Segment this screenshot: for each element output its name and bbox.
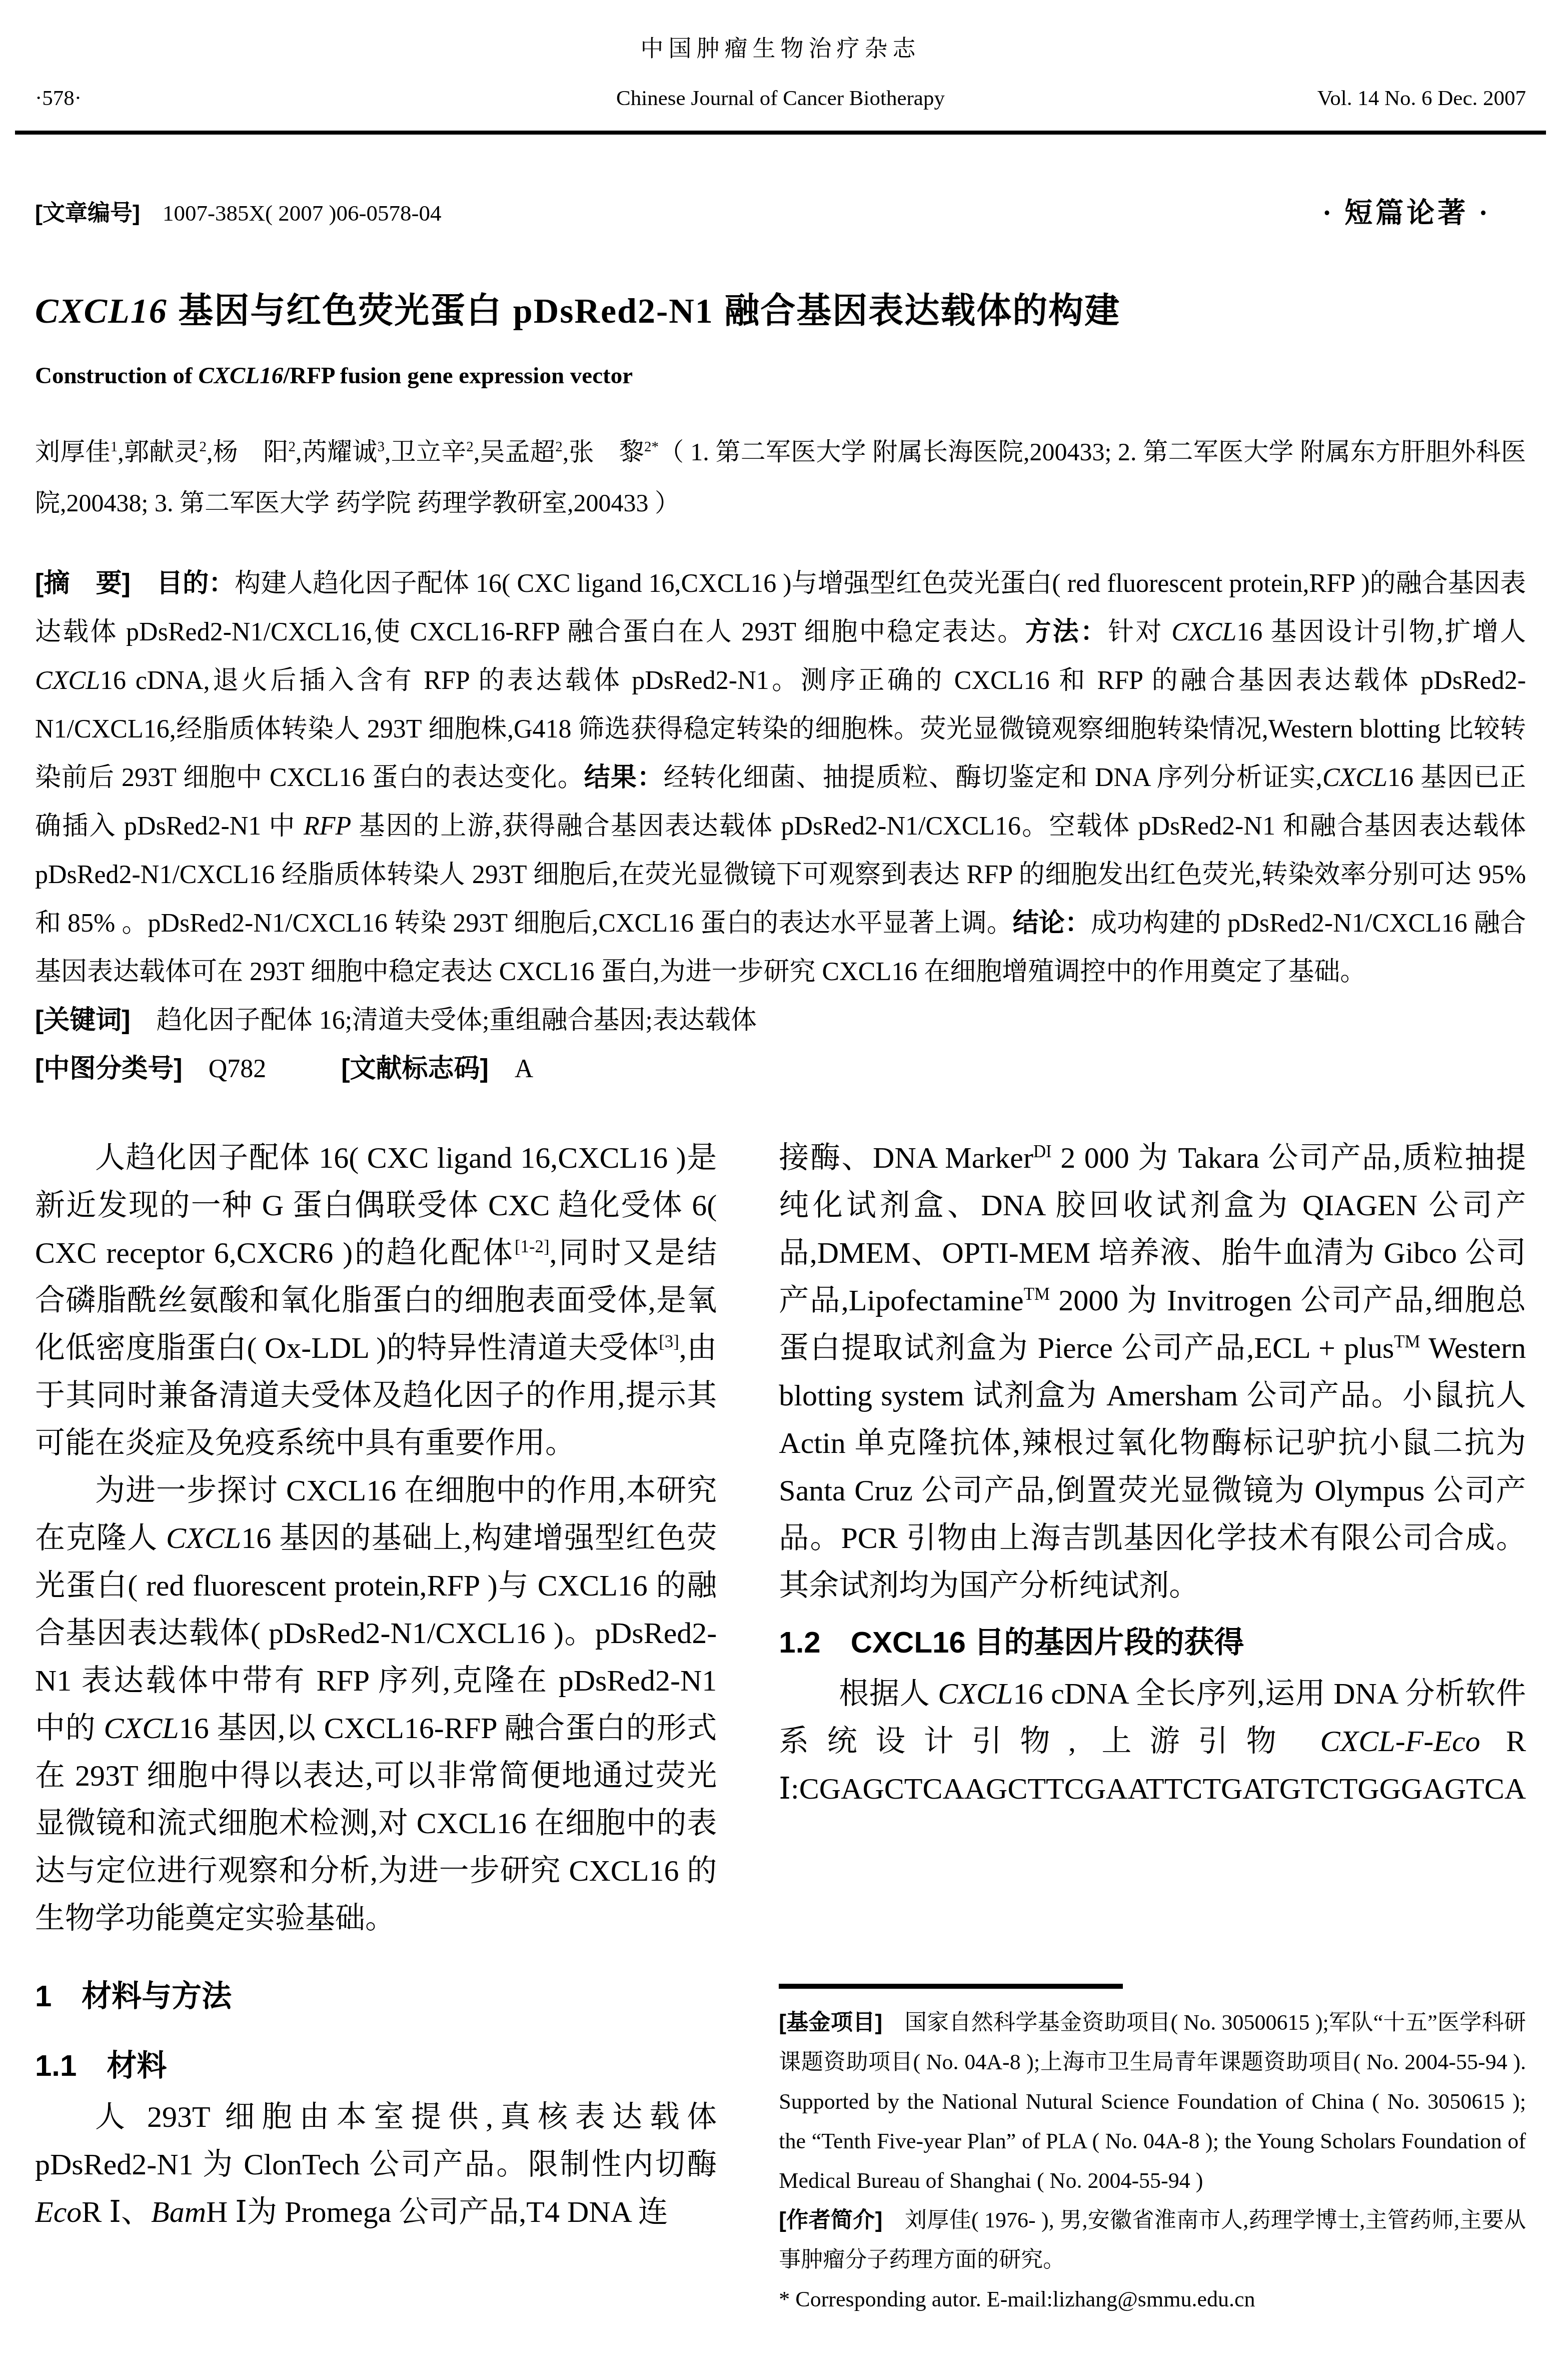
author-bio-note: [作者简介] 刘厚佳( 1976- ), 男,安徽省淮南市人,药理学博士,主管药… [779,2200,1526,2279]
clc-line: [中图分类号] Q782[文献标志码] A [35,1045,1526,1093]
page-header: 中国肿瘤生物治疗杂志 ·578· Chinese Journal of Canc… [35,30,1526,135]
article-title-cn: CXCL16 基因与红色荧光蛋白 pDsRed2-N1 融合基因表达载体的构建 [35,283,1526,333]
footnote-divider [779,1984,1123,1989]
journal-name-cn: 中国肿瘤生物治疗杂志 [35,30,1526,63]
reagents-paragraph: 接酶、DNA MarkerDI 2 000 为 Takara 公司产品,质粒抽提… [779,1134,1526,1610]
keywords-line: [关键词] 趋化因子配体 16;清道夫受体;重组融合基因;表达载体 [35,996,1526,1045]
right-column: 接酶、DNA MarkerDI 2 000 为 Takara 公司产品,质粒抽提… [779,1134,1526,2319]
section-1-heading: 1 材料与方法 [35,1972,717,2020]
article-id: [文章编号] 1007-385X( 2007 )06-0578-04 [35,195,441,227]
meta-row: [文章编号] 1007-385X( 2007 )06-0578-04 · 短篇论… [35,191,1526,231]
corresponding-author-note: * Corresponding autor. E-mail:lizhang@sm… [779,2279,1526,2319]
authors-affiliations: 刘厚佳1,郭献灵2,杨 阳2,芮耀诚3,卫立辛2,吴孟超2,张 黎2*（ 1. … [35,426,1526,528]
section-1-1-heading: 1.1 材料 [35,2042,717,2089]
section-1-2-heading: 1.2 CXCL16 目的基因片段的获得 [779,1619,1526,1666]
page-number: ·578· [35,86,82,111]
intro-paragraph-1: 人趋化因子配体 16( CXC ligand 16,CXCL16 )是新近发现的… [35,1134,717,1467]
primer-paragraph: 根据人 CXCL16 cDNA 全长序列,运用 DNA 分析软件系统设计引物, … [779,1670,1526,1813]
materials-paragraph: 人 293T 细胞由本室提供,真核表达载体 pDsRed2-N1 为 ClonT… [35,2093,717,2236]
header-divider [15,131,1546,135]
article-title-en: Construction of CXCL16/RFP fusion gene e… [35,362,1526,389]
journal-name-en: Chinese Journal of Cancer Biotherapy [616,86,945,111]
abstract: [摘 要] 目的：构建人趋化因子配体 16( CXC ligand 16,CXC… [35,559,1526,996]
header-row: ·578· Chinese Journal of Cancer Biothera… [35,86,1526,111]
intro-paragraph-2: 为进一步探讨 CXCL16 在细胞中的作用,本研究在克隆人 CXCL16 基因的… [35,1467,717,1942]
funding-note: [基金项目] 国家自然科学基金资助项目( No. 30500615 );军队“十… [779,2003,1526,2200]
article-type-badge: · 短篇论著 · [1322,191,1491,231]
volume-info: Vol. 14 No. 6 Dec. 2007 [1317,86,1526,111]
left-column: 人趋化因子配体 16( CXC ligand 16,CXCL16 )是新近发现的… [35,1134,717,2319]
journal-page: 中国肿瘤生物治疗杂志 ·578· Chinese Journal of Canc… [0,0,1561,2380]
footnotes-block: [基金项目] 国家自然科学基金资助项目( No. 30500615 );军队“十… [779,1984,1526,2319]
body-columns: 人趋化因子配体 16( CXC ligand 16,CXCL16 )是新近发现的… [35,1134,1526,2319]
